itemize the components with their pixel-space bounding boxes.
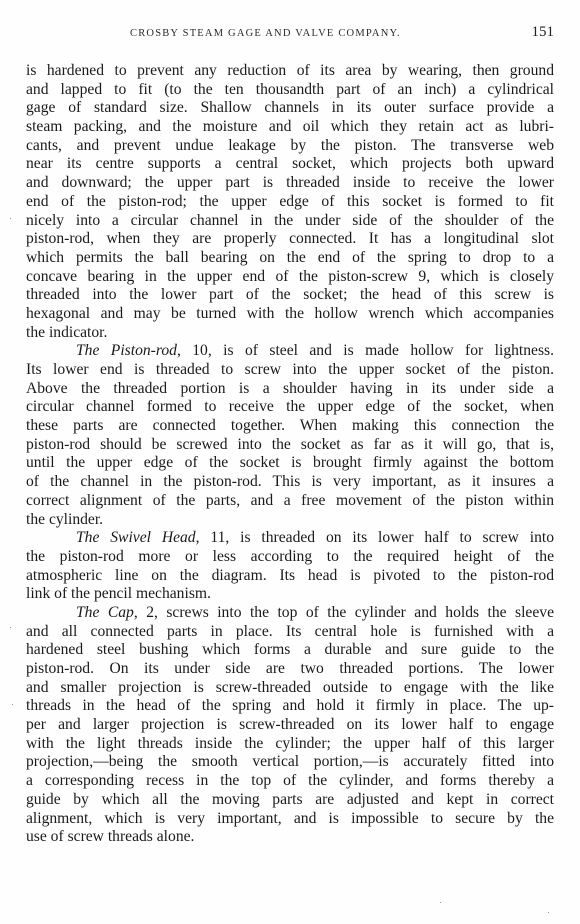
text-line: the cylinder. (26, 511, 554, 530)
scan-speck (440, 902, 441, 903)
text-line: near its centre supports a central socke… (26, 155, 554, 174)
text-line: the piston-rod more or less according to… (26, 548, 554, 567)
paragraph-cap: The Cap, 2, screws into the top of the c… (26, 604, 554, 847)
text-fragment: , 11, is threaded on its lower half to s… (196, 529, 554, 546)
body-text: is hardened to prevent any reduction of … (26, 62, 554, 847)
text-line: of the channel in the piston-rod. This i… (26, 473, 554, 492)
text-line: threads in the head of the spring and ho… (26, 697, 554, 716)
text-line: these parts are connected together. When… (26, 417, 554, 436)
text-line: threaded into the lower part of the sock… (26, 286, 554, 305)
text-line: piston-rod. On its under side are two th… (26, 660, 554, 679)
text-line: and all connected parts in place. Its ce… (26, 623, 554, 642)
text-line: nicely into a circular channel in the un… (26, 212, 554, 231)
page-number: 151 (532, 24, 555, 41)
text-line: hexagonal and may be turned with the hol… (26, 305, 554, 324)
text-line: atmospheric line on the diagram. Its hea… (26, 567, 554, 586)
text-line: until the upper edge of the socket is br… (26, 454, 554, 473)
text-line: alignment, which is very important, and … (26, 810, 554, 829)
text-line: correct alignment of the parts, and a fr… (26, 492, 554, 511)
scan-speck (10, 218, 11, 219)
text-line: piston-rod should be screwed into the so… (26, 436, 554, 455)
running-title: CROSBY STEAM GAGE AND VALVE COMPANY. (130, 28, 401, 39)
text-line: projection,—being the smooth vertical po… (26, 753, 554, 772)
text-line: with the light threads inside the cylind… (26, 735, 554, 754)
text-line: use of screw threads alone. (26, 828, 554, 847)
text-line: circular channel formed to receive the u… (26, 398, 554, 417)
scan-speck (548, 912, 549, 913)
section-heading-swivel-head: The Swivel Head (76, 529, 196, 546)
running-header: CROSBY STEAM GAGE AND VALVE COMPANY. 151 (26, 24, 554, 44)
text-line: is hardened to prevent any reduction of … (26, 62, 554, 81)
text-line: the indicator. (26, 324, 554, 343)
text-line: Above the threaded portion is a shoulder… (26, 380, 554, 399)
text-line: hardened steel bushing which forms a dur… (26, 641, 554, 660)
paragraph-piston-rod: The Piston-rod, 10, is of steel and is m… (26, 342, 554, 529)
text-line: piston-rod, when they are properly conne… (26, 230, 554, 249)
book-page: CROSBY STEAM GAGE AND VALVE COMPANY. 151… (0, 0, 580, 924)
text-line: end of the piston-rod; the upper edge of… (26, 193, 554, 212)
scan-speck (10, 627, 11, 628)
text-fragment: , 2, screws into the top of the cylinder… (134, 604, 554, 621)
text-line: and smaller projection is screw-threaded… (26, 679, 554, 698)
text-line: gage of standard size. Shallow channels … (26, 99, 554, 118)
text-line: steam packing, and the moisture and oil … (26, 118, 554, 137)
text-line: link of the pencil mechanism. (26, 585, 554, 604)
text-line: The Swivel Head, 11, is threaded on its … (26, 529, 554, 548)
text-line: and downward; the upper part is threaded… (26, 174, 554, 193)
text-line: and lapped to fit (to the ten thousandth… (26, 81, 554, 100)
text-line: per and larger projection is screw-threa… (26, 716, 554, 735)
section-heading-cap: The Cap (76, 604, 134, 621)
paragraph-swivel-head: The Swivel Head, 11, is threaded on its … (26, 529, 554, 604)
scan-speck (12, 704, 13, 705)
paragraph-piston-continued: is hardened to prevent any reduction of … (26, 62, 554, 342)
text-line: which permits the ball bearing on the en… (26, 249, 554, 268)
text-fragment: , 10, is of steel and is made hollow for… (177, 342, 554, 359)
text-line: cants, and prevent undue leakage by the … (26, 137, 554, 156)
text-line: The Piston-rod, 10, is of steel and is m… (26, 342, 554, 361)
text-line: a corresponding recess in the top of the… (26, 772, 554, 791)
text-line: Its lower end is threaded to screw into … (26, 361, 554, 380)
section-heading-piston-rod: The Piston-rod (76, 342, 177, 359)
text-line: concave bearing in the upper end of the … (26, 268, 554, 287)
text-line: guide by which all the moving parts are … (26, 791, 554, 810)
text-line: The Cap, 2, screws into the top of the c… (26, 604, 554, 623)
